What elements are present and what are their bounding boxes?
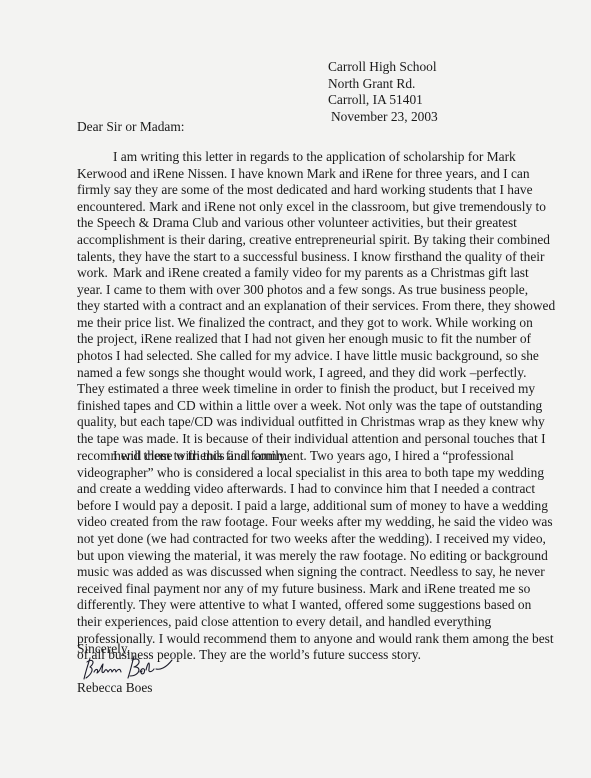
letter-page: Carroll High School North Grant Rd. Carr… xyxy=(0,0,591,778)
address-line-school: Carroll High School xyxy=(328,59,438,76)
paragraph-line: named a few songs she thought would work… xyxy=(77,365,577,382)
paragraph-2: Mark and iRene created a family video fo… xyxy=(77,265,577,464)
paragraph-line: the Speech & Drama Club and various othe… xyxy=(77,215,577,232)
paragraph-line: video created from the raw footage. Four… xyxy=(77,514,577,531)
sender-address-block: Carroll High School North Grant Rd. Carr… xyxy=(328,59,438,125)
paragraph-line: and create a wedding video afterwards. I… xyxy=(77,481,577,498)
paragraph-line: music was added as was discussed when si… xyxy=(77,564,577,581)
paragraph-line: not yet done (we had contracted for two … xyxy=(77,531,577,548)
address-line-street: North Grant Rd. xyxy=(328,76,438,93)
paragraph-line: talents, they have the start to a succes… xyxy=(77,249,577,266)
salutation: Dear Sir or Madam: xyxy=(77,119,184,135)
paragraph-line: encountered. Mark and iRene not only exc… xyxy=(77,199,577,216)
paragraph-line: videographer” who is considered a local … xyxy=(77,465,577,482)
signature-icon xyxy=(76,652,176,682)
paragraph-line: me their price list. We finalized the co… xyxy=(77,315,577,332)
paragraph-line: I am writing this letter in regards to t… xyxy=(77,149,577,166)
paragraph-line: their experiences, paid close attention … xyxy=(77,614,577,631)
paragraph-line: differently. They were attentive to what… xyxy=(77,597,577,614)
paragraph-line: I will close with this final comment. Tw… xyxy=(77,448,577,465)
paragraph-line: Kerwood and iRene Nissen. I have known M… xyxy=(77,166,577,183)
paragraph-line: firmly say they are some of the most ded… xyxy=(77,182,577,199)
paragraph-line: the tape was made. It is because of thei… xyxy=(77,431,577,448)
paragraph-line: They estimated a three week timeline in … xyxy=(77,381,577,398)
paragraph-line: the project, iRene realized that I had n… xyxy=(77,331,577,348)
signer-name: Rebecca Boes xyxy=(77,680,152,696)
paragraph-line: but upon viewing the material, it was me… xyxy=(77,548,577,565)
paragraph-line: finished tapes and CD within a little ov… xyxy=(77,398,577,415)
paragraph-line: before I would pay a deposit. I paid a l… xyxy=(77,498,577,515)
paragraph-line: year. I came to them with over 300 photo… xyxy=(77,282,577,299)
address-line-city: Carroll, IA 51401 xyxy=(328,92,438,109)
paragraph-line: photos I had selected. She called for my… xyxy=(77,348,577,365)
paragraph-line: received final payment nor any of my fut… xyxy=(77,581,577,598)
paragraph-3: I will close with this final comment. Tw… xyxy=(77,448,577,664)
letter-date: November 23, 2003 xyxy=(328,109,438,126)
paragraph-line: quality, but each tape/CD was individual… xyxy=(77,414,577,431)
paragraph-line: accomplishment is their daring, creative… xyxy=(77,232,577,249)
paragraph-line: professionally. I would recommend them t… xyxy=(77,631,577,648)
paragraph-1: I am writing this letter in regards to t… xyxy=(77,149,577,282)
paragraph-line: Mark and iRene created a family video fo… xyxy=(77,265,577,282)
paragraph-line: they started with a contract and an expl… xyxy=(77,298,577,315)
